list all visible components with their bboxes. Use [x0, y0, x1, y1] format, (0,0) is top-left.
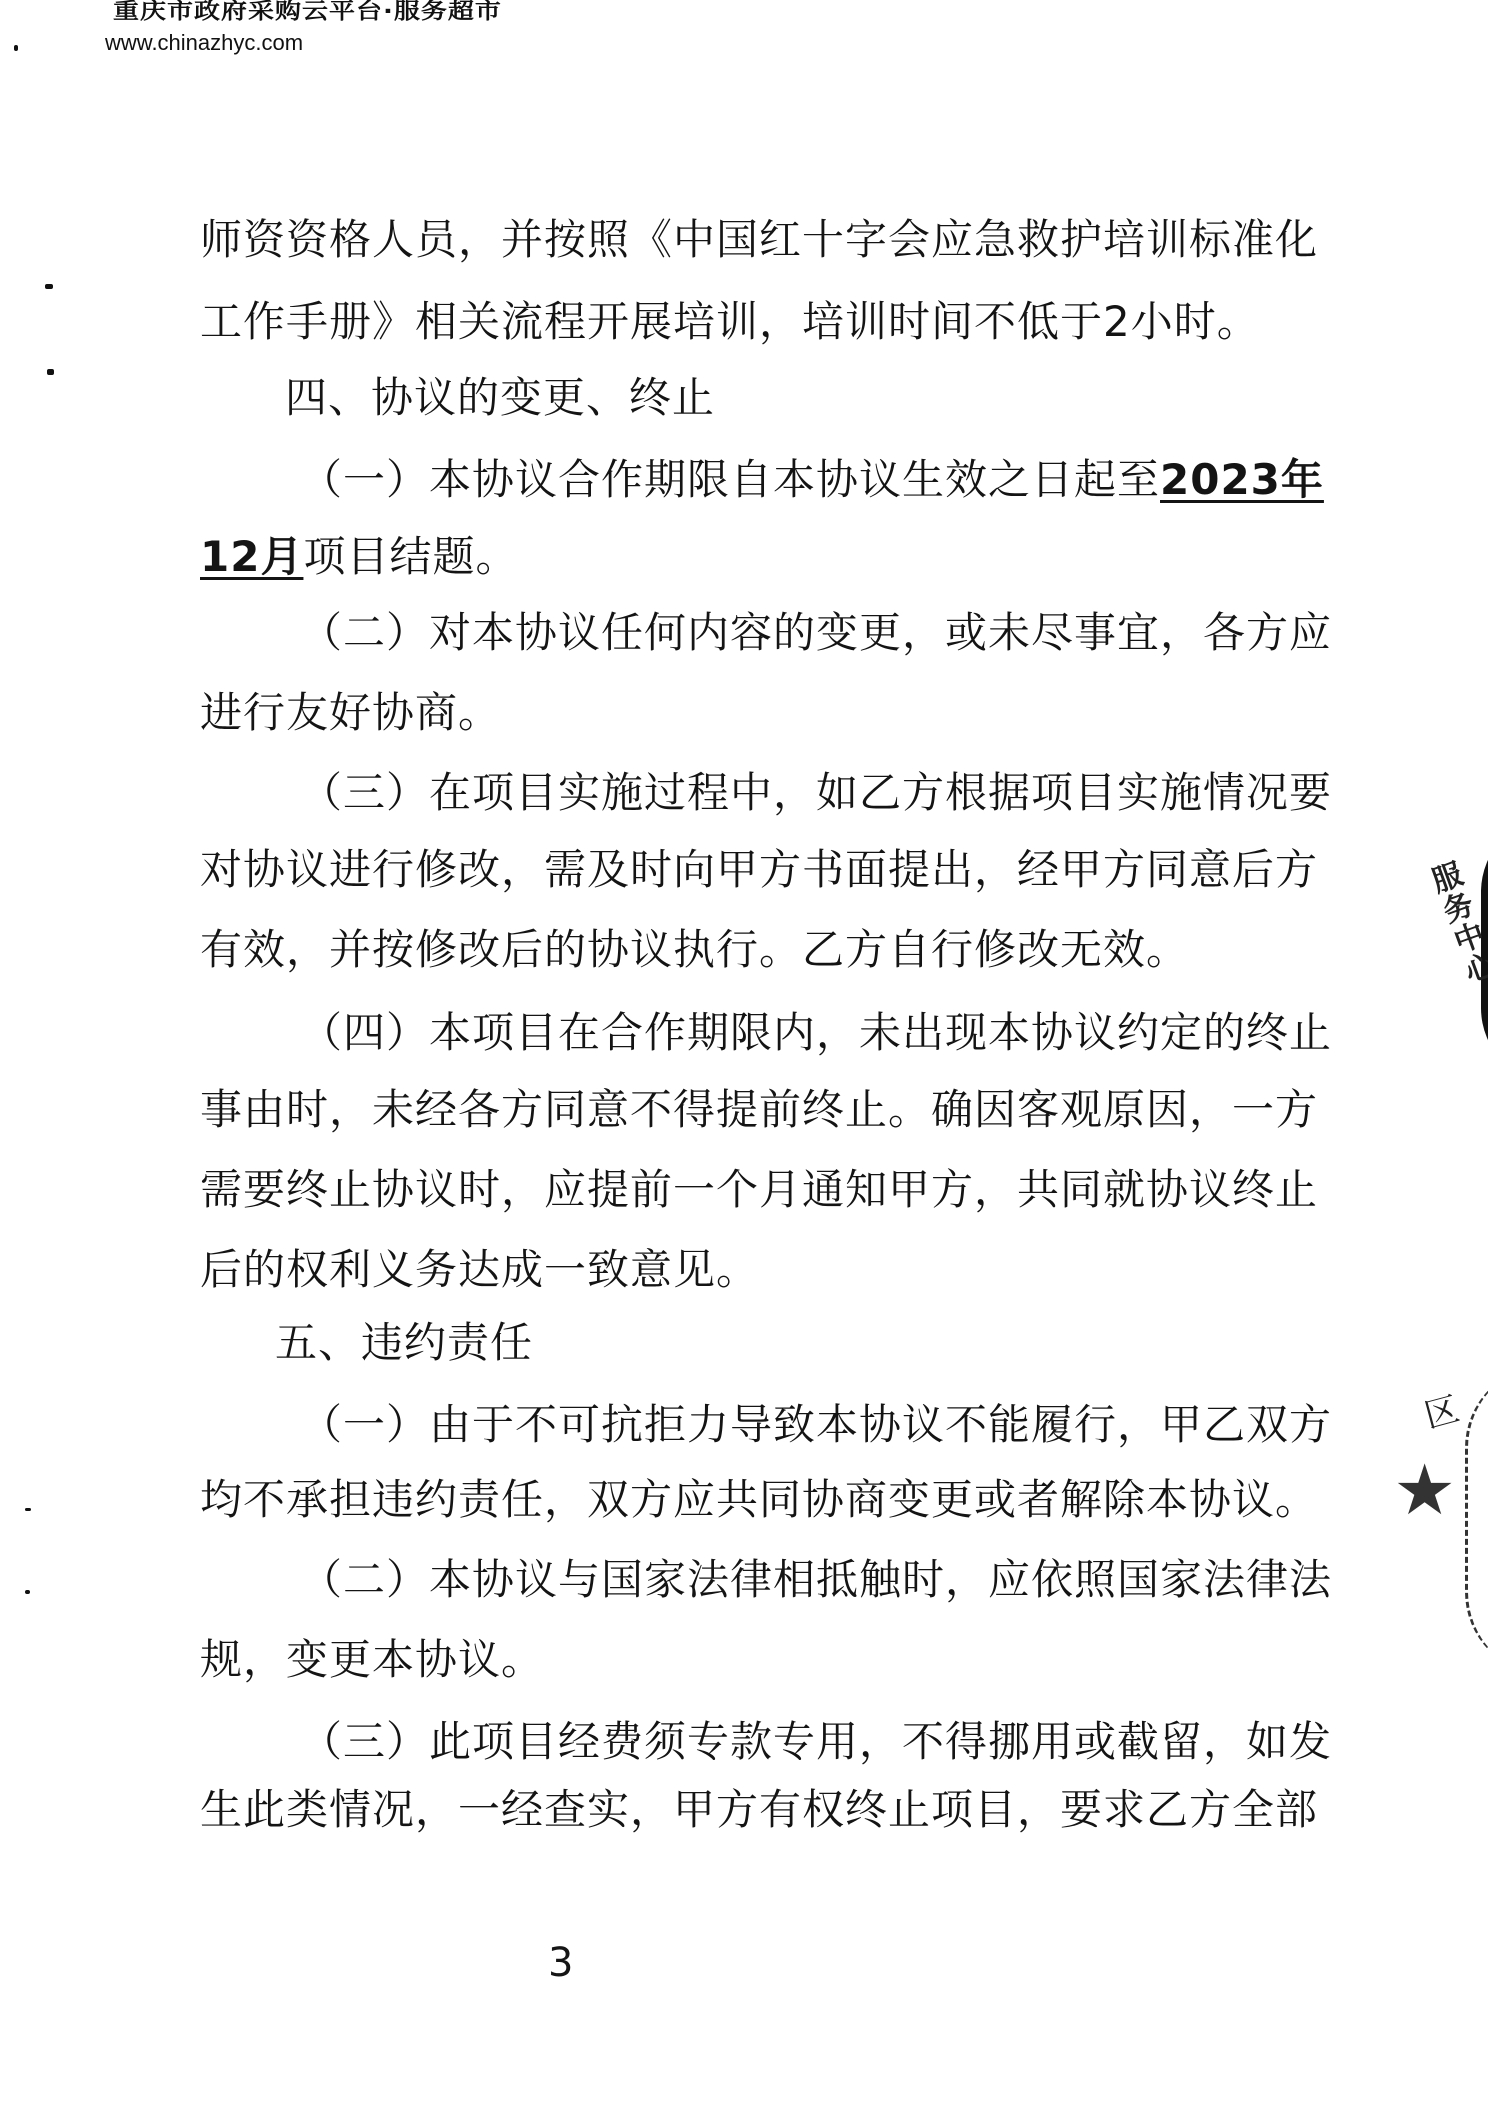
- body-line: 12月项目结题。: [200, 527, 1280, 587]
- body-line: 后的权利义务达成一致意见。: [200, 1240, 1280, 1300]
- clause-text: （一）本协议合作期限自本协议生效之日起至: [300, 455, 1160, 504]
- body-line: 需要终止协议时，应提前一个月通知甲方，共同就协议终止: [200, 1160, 1280, 1220]
- document-page: 重庆市政府采购云平台·服务超市 www.chinazhyc.com 师资资格人员…: [0, 0, 1488, 2106]
- section-heading: 五、违约责任: [275, 1313, 533, 1373]
- clause-line: （一）本协议合作期限自本协议生效之日起至2023年: [300, 450, 1280, 510]
- body-line: 对协议进行修改，需及时向甲方书面提出，经甲方同意后方: [200, 840, 1280, 900]
- scan-speck: [45, 284, 53, 289]
- clause-line: （一）由于不可抗拒力导致本协议不能履行，甲乙双方: [300, 1395, 1280, 1455]
- seal-top-text: 服务中心: [1417, 856, 1488, 991]
- body-line: 均不承担违约责任，双方应共同协商变更或者解除本协议。: [200, 1470, 1280, 1530]
- scan-speck: [25, 1590, 30, 1594]
- clause-line: （三）此项目经费须专款专用，不得挪用或截留，如发: [300, 1712, 1280, 1772]
- page-number: 3: [548, 1940, 573, 1986]
- underlined-date: 2023年: [1160, 455, 1324, 504]
- body-line: 规，变更本协议。: [200, 1630, 1280, 1690]
- body-line: 事由时，未经各方同意不得提前终止。确因客观原因，一方: [200, 1080, 1280, 1140]
- body-line: 有效，并按修改后的协议执行。乙方自行修改无效。: [200, 920, 1280, 980]
- watermark-title: 重庆市政府采购云平台·服务超市: [113, 0, 502, 25]
- seal-star-icon: ★: [1393, 1455, 1456, 1525]
- body-line: 师资资格人员，并按照《中国红十字会应急救护培训标准化: [200, 210, 1280, 270]
- clause-line: （二）对本协议任何内容的变更，或未尽事宜，各方应: [300, 603, 1280, 663]
- clause-line: （二）本协议与国家法律相抵触时，应依照国家法律法: [300, 1550, 1280, 1610]
- scan-speck: [14, 45, 18, 51]
- body-line: 生此类情况，一经查实，甲方有权终止项目，要求乙方全部: [200, 1780, 1280, 1840]
- body-line: 进行友好协商。: [200, 683, 1280, 743]
- underlined-date: 12月: [200, 532, 303, 581]
- section-heading: 四、协议的变更、终止: [285, 368, 715, 428]
- seal-stamp-bottom: [1465, 1365, 1488, 1675]
- scan-speck: [47, 369, 54, 375]
- seal-bottom-text: 区: [1418, 1381, 1464, 1437]
- body-line: 工作手册》相关流程开展培训，培训时间不低于2小时。: [200, 292, 1280, 352]
- watermark-url: www.chinazhyc.com: [105, 30, 303, 56]
- body-text: 项目结题。: [303, 532, 518, 581]
- clause-line: （四）本项目在合作期限内，未出现本协议约定的终止: [300, 1003, 1280, 1063]
- scan-speck: [25, 1508, 31, 1511]
- clause-line: （三）在项目实施过程中，如乙方根据项目实施情况要: [300, 763, 1280, 823]
